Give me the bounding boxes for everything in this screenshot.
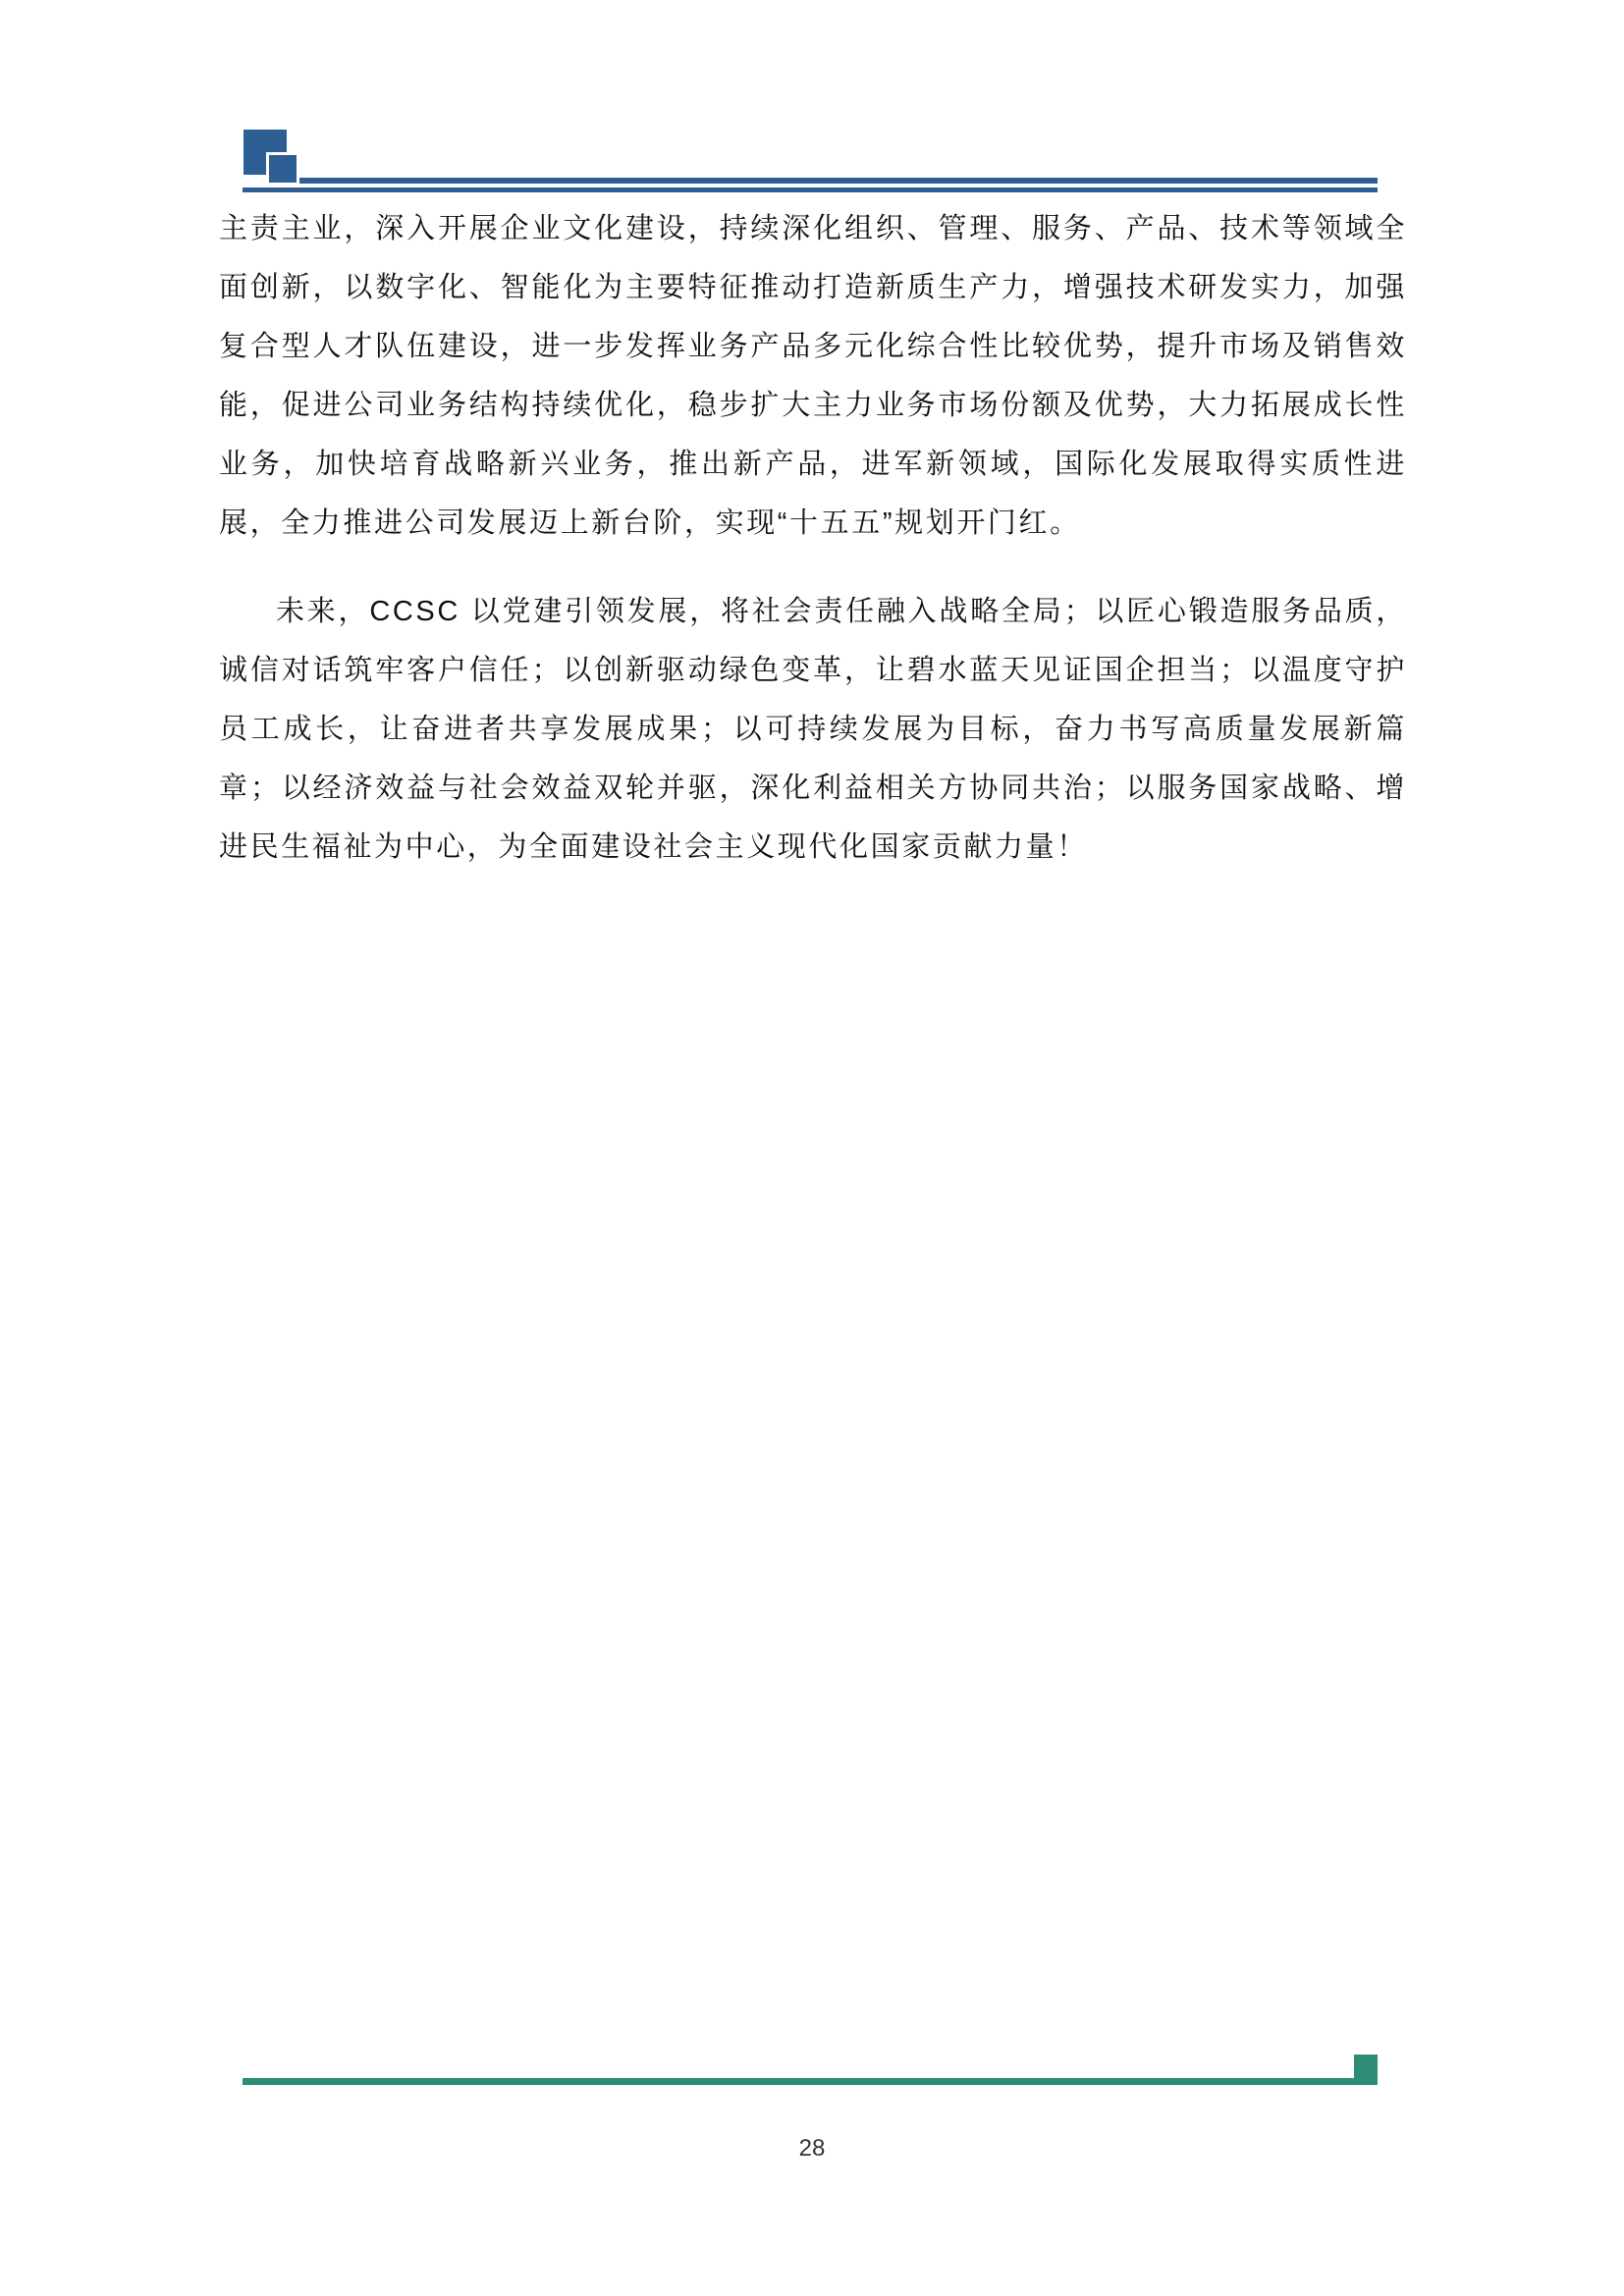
header-rule-top [298, 178, 1378, 184]
paragraph-main-business: 主责主业，深入开展企业文化建设，持续深化组织、管理、服务、产品、技术等领域全面创… [219, 199, 1407, 553]
footer-square [1354, 2055, 1378, 2078]
paragraph-future-outlook: 未来，CCSC 以党建引领发展，将社会责任融入战略全局；以匠心锻造服务品质，诚信… [219, 582, 1407, 877]
footer-rule [243, 2078, 1378, 2085]
page-body-text: 主责主业，深入开展企业文化建设，持续深化组织、管理、服务、产品、技术等领域全面创… [219, 199, 1407, 877]
document-page: 主责主业，深入开展企业文化建设，持续深化组织、管理、服务、产品、技术等领域全面创… [0, 0, 1624, 2296]
header-rule-bottom [243, 187, 1378, 192]
header-square-small [266, 152, 299, 186]
page-number: 28 [0, 2134, 1624, 2163]
